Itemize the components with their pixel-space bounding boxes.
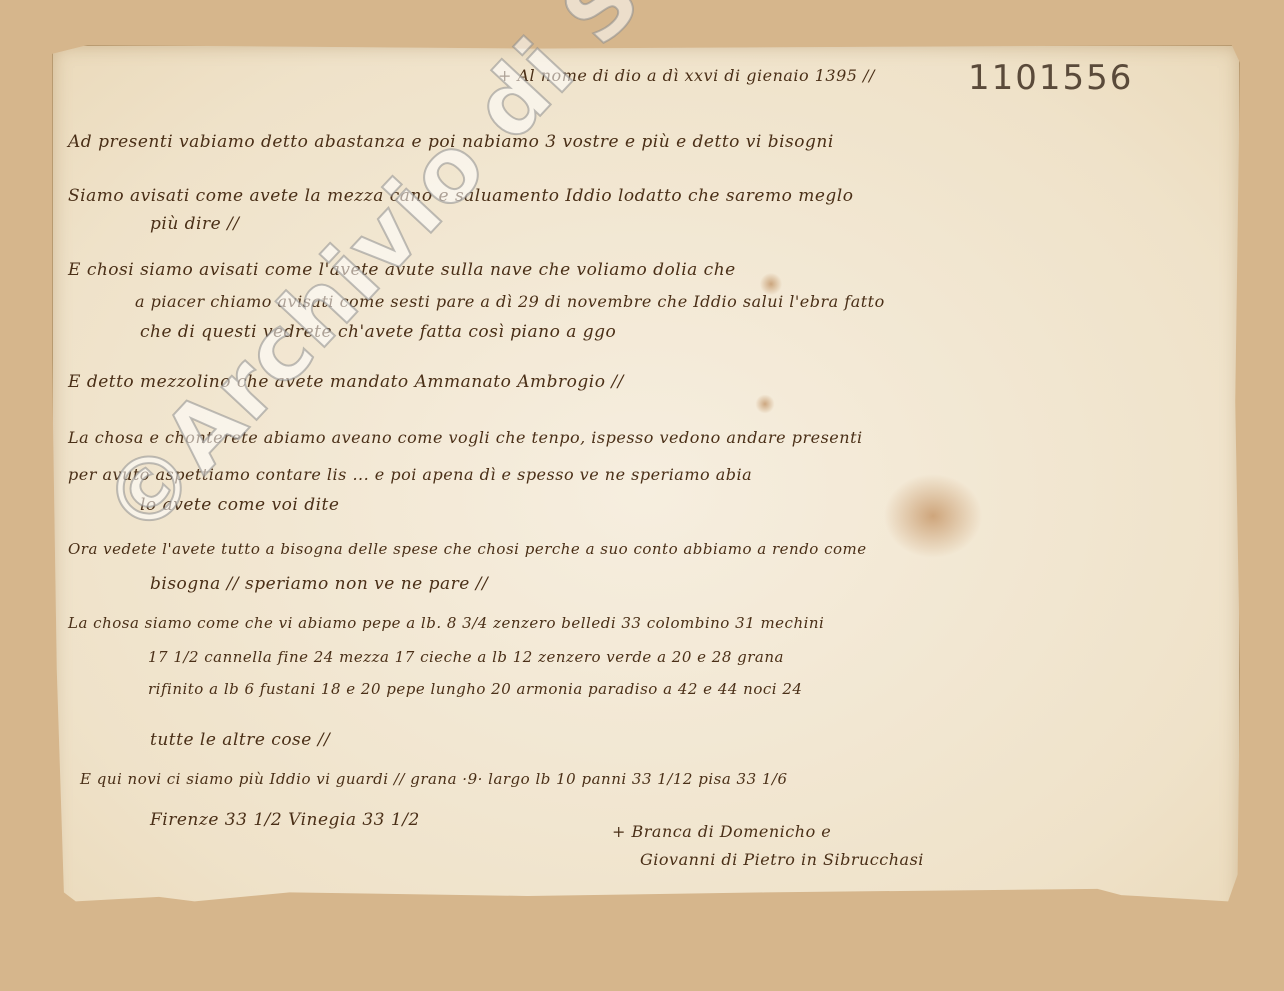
- letter-line-4: E chosi siamo avisati come l'avete avute…: [68, 260, 736, 280]
- letter-line-1: Ad presenti vabiamo detto abastanza e po…: [68, 132, 834, 152]
- letter-line-11: Ora vedete l'avete tutto a bisogna delle…: [68, 540, 867, 558]
- letter-line-12: bisogna // speriamo non ve ne pare //: [150, 574, 488, 594]
- letter-line-2: Siamo avisati come avete la mezza cano e…: [68, 186, 853, 206]
- archive-number: 1101556: [968, 58, 1133, 98]
- letter-heading: + Al nome di dio a dì xxvi di gienaio 13…: [498, 66, 875, 85]
- manuscript-page: [52, 45, 1240, 937]
- letter-line-3: più dire //: [150, 214, 240, 234]
- letter-line-18: Firenze 33 1/2 Vinegia 33 1/2: [150, 810, 420, 830]
- letter-line-9: per avuto aspettiamo contare lis ... e p…: [68, 465, 752, 484]
- letter-line-13: La chosa siamo come che vi abiamo pepe a…: [68, 614, 824, 632]
- signature-line-2: Giovanni di Pietro in Sibrucchasi: [640, 850, 924, 869]
- signature-line-1: + Branca di Domenicho e: [612, 822, 831, 841]
- letter-line-15: rifinito a lb 6 fustani 18 e 20 pepe lun…: [148, 680, 802, 698]
- letter-line-8: La chosa e chonterete abiamo aveano come…: [68, 428, 863, 447]
- letter-line-6: che di questi vedrete ch'avete fatta cos…: [140, 322, 616, 342]
- letter-line-7: E detto mezzolino che avete mandato Amma…: [68, 372, 624, 392]
- letter-line-5: a piacer chiamo avisati come sesti pare …: [135, 292, 885, 311]
- letter-line-16: tutte le altre cose //: [150, 730, 330, 750]
- letter-line-17: E qui novi ci siamo più Iddio vi guardi …: [80, 770, 788, 788]
- letter-line-14: 17 1/2 cannella fine 24 mezza 17 cieche …: [148, 648, 784, 666]
- letter-line-10: lo avete come voi dite: [140, 495, 339, 515]
